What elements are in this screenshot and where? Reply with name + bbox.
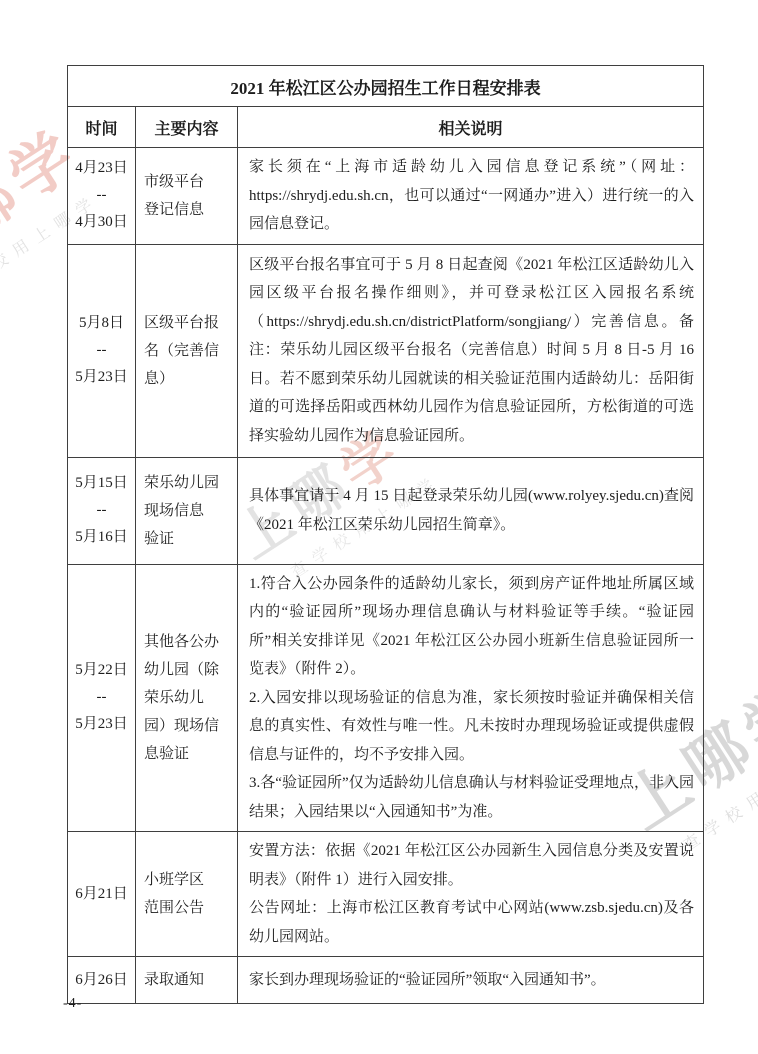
detail-cell: 区级平台报名事宜可于 5 月 8 日起查阅《2021 年松江区适龄幼儿入园区级平… bbox=[238, 244, 704, 457]
document-page: 上哪学 查学校用上哪学 上哪学 查学校用上哪学 上哪学 查学校用上哪学 2021… bbox=[0, 0, 758, 1054]
column-header-description: 相关说明 bbox=[238, 107, 704, 148]
time-cell: 5月22日 -- 5月23日 bbox=[68, 564, 136, 832]
table-row: 4月23日 -- 4月30日 市级平台 登记信息 家长须在“上海市适龄幼儿入园信… bbox=[68, 148, 704, 245]
content-cell: 荣乐幼儿园 现场信息 验证 bbox=[136, 457, 238, 564]
detail-cell: 1.符合入公办园条件的适龄幼儿家长，须到房产证件地址所属区域内的“验证园所”现场… bbox=[238, 564, 704, 832]
table-title: 2021 年松江区公办园招生工作日程安排表 bbox=[68, 66, 704, 107]
content-cell: 小班学区 范围公告 bbox=[136, 832, 238, 957]
content-cell: 市级平台 登记信息 bbox=[136, 148, 238, 245]
page-number: -4- bbox=[63, 996, 82, 1012]
detail-cell: 家长到办理现场验证的“验证园所”领取“入园通知书”。 bbox=[238, 957, 704, 1004]
table-row: 5月22日 -- 5月23日 其他各公办 幼儿园（除 荣乐幼儿 园）现场信 息验… bbox=[68, 564, 704, 832]
detail-cell: 安置方法：依据《2021 年松江区公办园新生入园信息分类及安置说明表》（附件 1… bbox=[238, 832, 704, 957]
table-header-row: 时间 主要内容 相关说明 bbox=[68, 107, 704, 148]
column-header-time: 时间 bbox=[68, 107, 136, 148]
table-row: 6月21日 小班学区 范围公告 安置方法：依据《2021 年松江区公办园新生入园… bbox=[68, 832, 704, 957]
detail-cell: 家长须在“上海市适龄幼儿入园信息登记系统”（网址：https://shrydj.… bbox=[238, 148, 704, 245]
table-row: 5月15日 -- 5月16日 荣乐幼儿园 现场信息 验证 具体事宜请于 4 月 … bbox=[68, 457, 704, 564]
time-cell: 6月21日 bbox=[68, 832, 136, 957]
table-row: 5月8日 -- 5月23日 区级平台报 名（完善信 息） 区级平台报名事宜可于 … bbox=[68, 244, 704, 457]
schedule-table: 2021 年松江区公办园招生工作日程安排表 时间 主要内容 相关说明 4月23日… bbox=[67, 65, 704, 1004]
column-header-content: 主要内容 bbox=[136, 107, 238, 148]
time-cell: 4月23日 -- 4月30日 bbox=[68, 148, 136, 245]
content-cell: 其他各公办 幼儿园（除 荣乐幼儿 园）现场信 息验证 bbox=[136, 564, 238, 832]
time-cell: 5月8日 -- 5月23日 bbox=[68, 244, 136, 457]
table-row: 6月26日 录取通知 家长到办理现场验证的“验证园所”领取“入园通知书”。 bbox=[68, 957, 704, 1004]
table-title-row: 2021 年松江区公办园招生工作日程安排表 bbox=[68, 66, 704, 107]
detail-cell: 具体事宜请于 4 月 15 日起登录荣乐幼儿园(www.rolyey.sjedu… bbox=[238, 457, 704, 564]
content-cell: 区级平台报 名（完善信 息） bbox=[136, 244, 238, 457]
time-cell: 5月15日 -- 5月16日 bbox=[68, 457, 136, 564]
content-cell: 录取通知 bbox=[136, 957, 238, 1004]
